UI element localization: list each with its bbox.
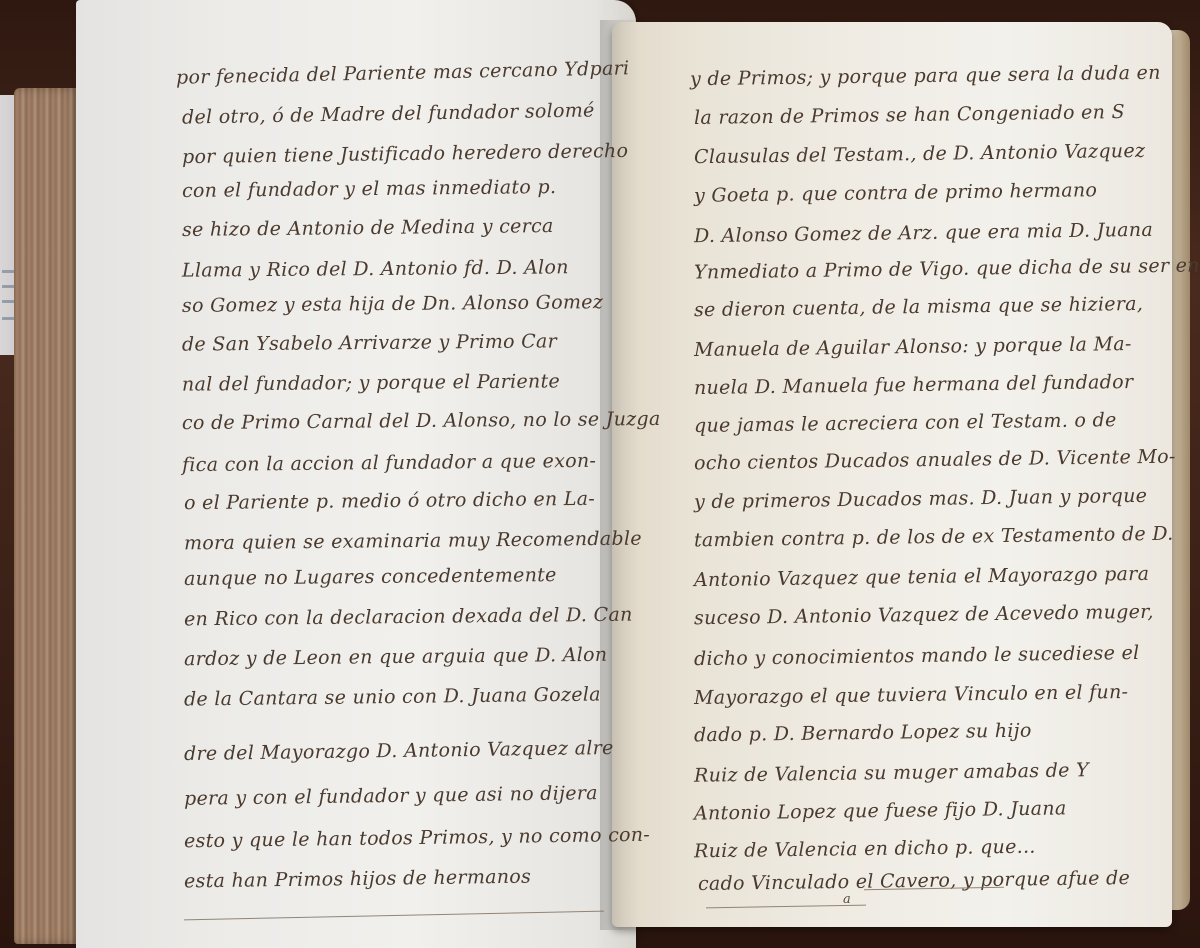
folio-mark: a	[843, 892, 851, 907]
manuscript-line: co de Primo Carnal del D. Alonso, no lo …	[182, 408, 661, 434]
manuscript-line: se hizo de Antonio de Medina y cerca	[182, 215, 554, 241]
manuscript-line: con el fundador y el mas inmediato p.	[182, 176, 556, 202]
manuscript-line: o el Pariente p. medio ó otro dicho en L…	[184, 488, 595, 514]
manuscript-line: fica con la accion al fundador a que exo…	[182, 450, 596, 476]
manuscript-line: dado p. D. Bernardo Lopez su hijo	[694, 720, 1032, 747]
manuscript-line: de San Ysabelo Arrivarze y Primo Car	[182, 330, 557, 355]
manuscript-line: aunque no Lugares concedentemente	[184, 564, 557, 590]
book-page-edges	[14, 88, 80, 944]
manuscript-line: ardoz y de Leon en que arguia que D. Alo…	[184, 644, 608, 670]
manuscript-line: nal del fundador; y porque el Pariente	[182, 370, 560, 395]
manuscript-line: en Rico con la declaracion dexada del D.…	[184, 604, 633, 631]
manuscript-line: so Gomez y esta hija de Dn. Alonso Gomez	[182, 291, 603, 317]
manuscript-line: Llama y Rico del D. Antonio fd. D. Alon	[182, 256, 569, 281]
